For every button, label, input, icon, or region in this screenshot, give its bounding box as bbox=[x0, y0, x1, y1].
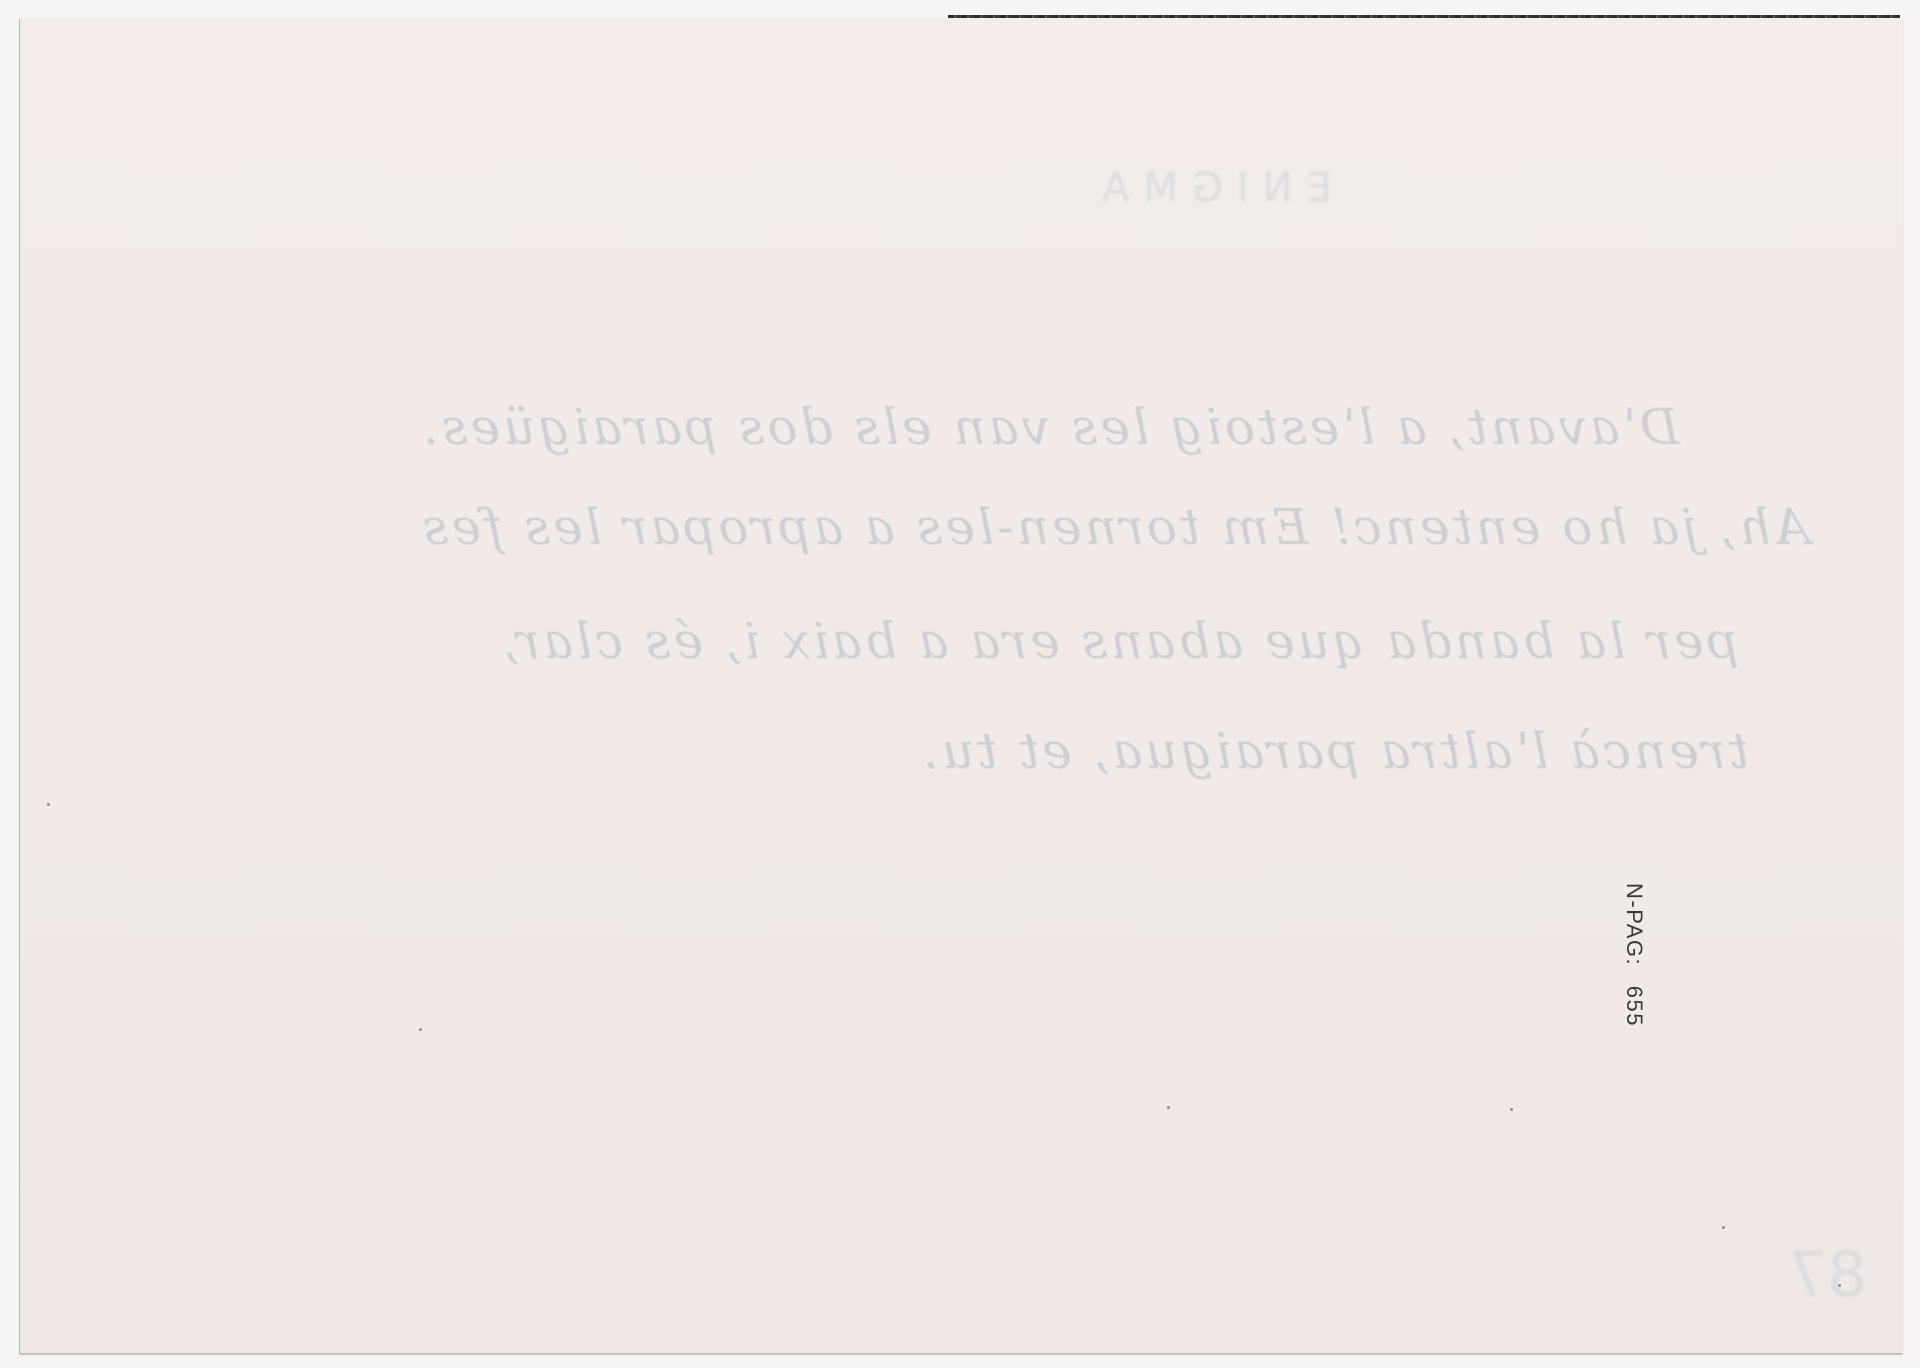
showthrough-line-3: per la banda que abans era a baix i, és … bbox=[500, 612, 1810, 670]
paper-sheet bbox=[20, 18, 1903, 1353]
showthrough-line-2: Ah, ja ho entenc! Em tornen-les a apropa… bbox=[440, 498, 1810, 556]
paper-speck bbox=[47, 803, 50, 806]
scan-canvas: ENIGMA D'avant, a l'estoig les van els d… bbox=[0, 0, 1920, 1368]
page-number-stamp: N-PAG: 655 bbox=[1621, 883, 1647, 1027]
paper-speck bbox=[1510, 1108, 1513, 1111]
paper-speck bbox=[1167, 1106, 1170, 1109]
showthrough-title: ENIGMA bbox=[1080, 165, 1340, 211]
paper-speck bbox=[1838, 1284, 1841, 1287]
showthrough-line-1: D'avant, a l'estoig les van els dos para… bbox=[420, 398, 1800, 456]
showthrough-line-4: trencà l'altra paraigua, et tu. bbox=[920, 722, 1800, 780]
corner-page-number: 87 bbox=[1788, 1238, 1867, 1311]
paper-speck bbox=[1722, 1226, 1725, 1229]
paper-speck bbox=[419, 1028, 422, 1031]
